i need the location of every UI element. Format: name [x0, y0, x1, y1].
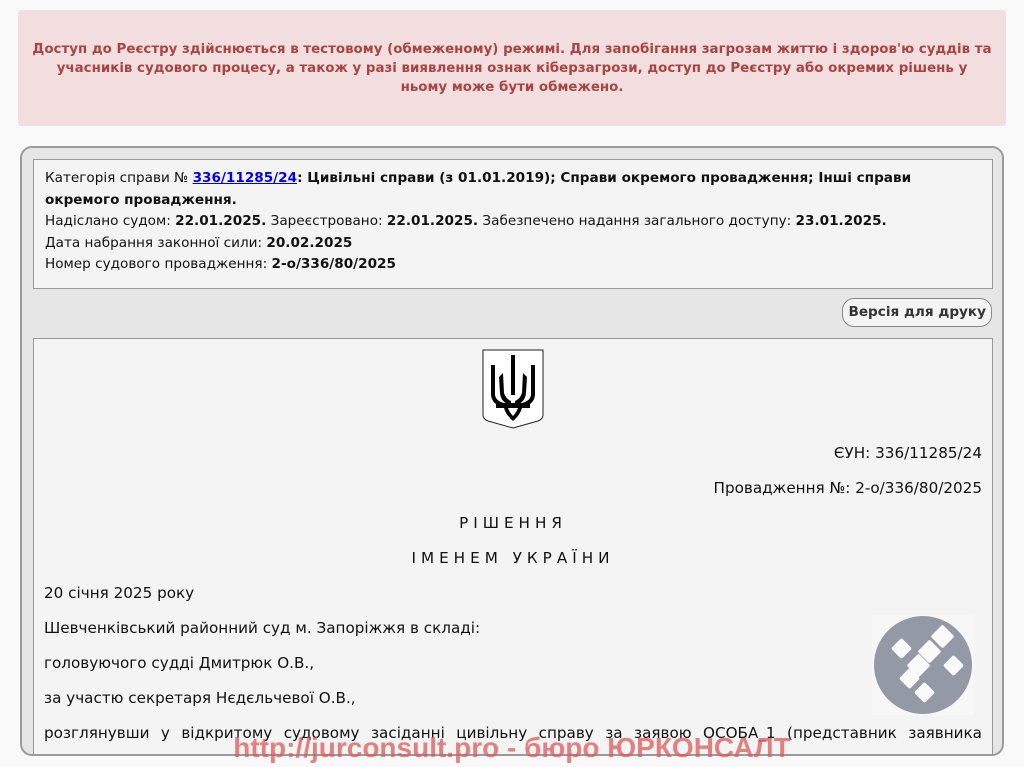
registered-value: 22.01.2025.: [387, 213, 478, 229]
effective-date-row: Дата набрання законної сили: 20.02.2025: [45, 233, 981, 255]
proceeding-number-row: Номер судового провадження: 2-о/336/80/2…: [45, 254, 981, 276]
access-value: 23.01.2025.: [796, 213, 887, 229]
court-name: Шевченківський районний суд м. Запоріжжя…: [44, 618, 982, 638]
document-panel: Категорія справи № 336/11285/24: Цивільн…: [20, 146, 1004, 756]
presiding-judge: головуючого судді Дмитрюк О.В.,: [44, 653, 982, 673]
case-dates-row: Надіслано судом: 22.01.2025. Зареєстрова…: [45, 211, 981, 233]
print-version-button[interactable]: Версія для друку: [842, 298, 992, 327]
decision-document: ЄУН: 336/11285/24 Провадження №: 2-о/336…: [33, 338, 993, 756]
access-label: Забезпечено надання загального доступу:: [478, 213, 795, 229]
sent-label: Надіслано судом:: [45, 213, 175, 229]
case-number-link[interactable]: 336/11285/24: [193, 170, 298, 186]
eun-number: ЄУН: 336/11285/24: [44, 443, 982, 463]
access-notice-text: Доступ до Реєстру здійснюється в тестово…: [32, 40, 992, 97]
decision-date: 20 січня 2025 року: [44, 583, 982, 603]
case-info-box: Категорія справи № 336/11285/24: Цивільн…: [33, 159, 993, 289]
case-category-row: Категорія справи № 336/11285/24: Цивільн…: [45, 168, 981, 211]
decision-title: РІШЕННЯ: [44, 513, 982, 533]
proceeding-value: 2-о/336/80/2025: [272, 256, 396, 272]
effective-value: 20.02.2025: [266, 235, 352, 251]
category-label: Категорія справи №: [45, 170, 193, 186]
registered-label: Зареєстровано:: [266, 213, 387, 229]
watermark-text: http://jurconsult.pro - бюро ЮРКОНСАЛТ: [0, 732, 1024, 764]
coat-of-arms-icon: [482, 349, 544, 429]
access-notice-banner: Доступ до Реєстру здійснюється в тестово…: [18, 10, 1006, 126]
decision-subtitle: ІМЕНЕМ УКРАЇНИ: [44, 548, 982, 568]
effective-label: Дата набрання законної сили:: [45, 235, 266, 251]
court-secretary: за участю секретаря Нєдєльчевої О.В.,: [44, 688, 982, 708]
proceeding-number: Провадження №: 2-о/336/80/2025: [44, 478, 982, 498]
sent-value: 22.01.2025.: [175, 213, 266, 229]
proceeding-label: Номер судового провадження:: [45, 256, 272, 272]
puzzle-logo-icon: [872, 615, 974, 715]
floating-logo[interactable]: [872, 615, 974, 715]
